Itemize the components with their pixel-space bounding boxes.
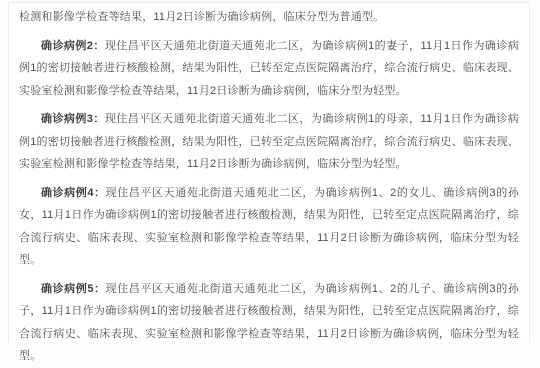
case2-label: 确诊病例2： (41, 40, 105, 52)
case3-label: 确诊病例3： (41, 113, 105, 125)
article-card: 检测和影像学检查等结果，11月2日诊断为确诊病例，临床分型为普通型。 确诊病例2… (8, 2, 530, 320)
case4-label: 确诊病例4： (41, 187, 106, 199)
case1-continuation-line: 检测和影像学检查等结果，11月2日诊断为确诊病例，临床分型为普通型。 (19, 6, 519, 29)
case2-paragraph: 确诊病例2：现住昌平区天通苑北街道天通苑北二区，为确诊病例1的妻子，11月1日作… (19, 35, 519, 103)
case3-paragraph: 确诊病例3：现住昌平区天通苑北街道天通苑北二区，为确诊病例1的母亲，11月1日作… (19, 108, 519, 176)
case5-label: 确诊病例5： (41, 283, 106, 295)
case4-paragraph: 确诊病例4：现住昌平区天通苑北街道天通苑北二区，为确诊病例1、2的女儿、确诊病例… (19, 182, 519, 272)
case5-paragraph: 确诊病例5：现住昌平区天通苑北街道天通苑北二区，为确诊病例1、2的儿子、确诊病例… (19, 278, 519, 321)
case1-continuation-text: 检测和影像学检查等结果，11月2日诊断为确诊病例，临床分型为普通型。 (19, 11, 384, 23)
